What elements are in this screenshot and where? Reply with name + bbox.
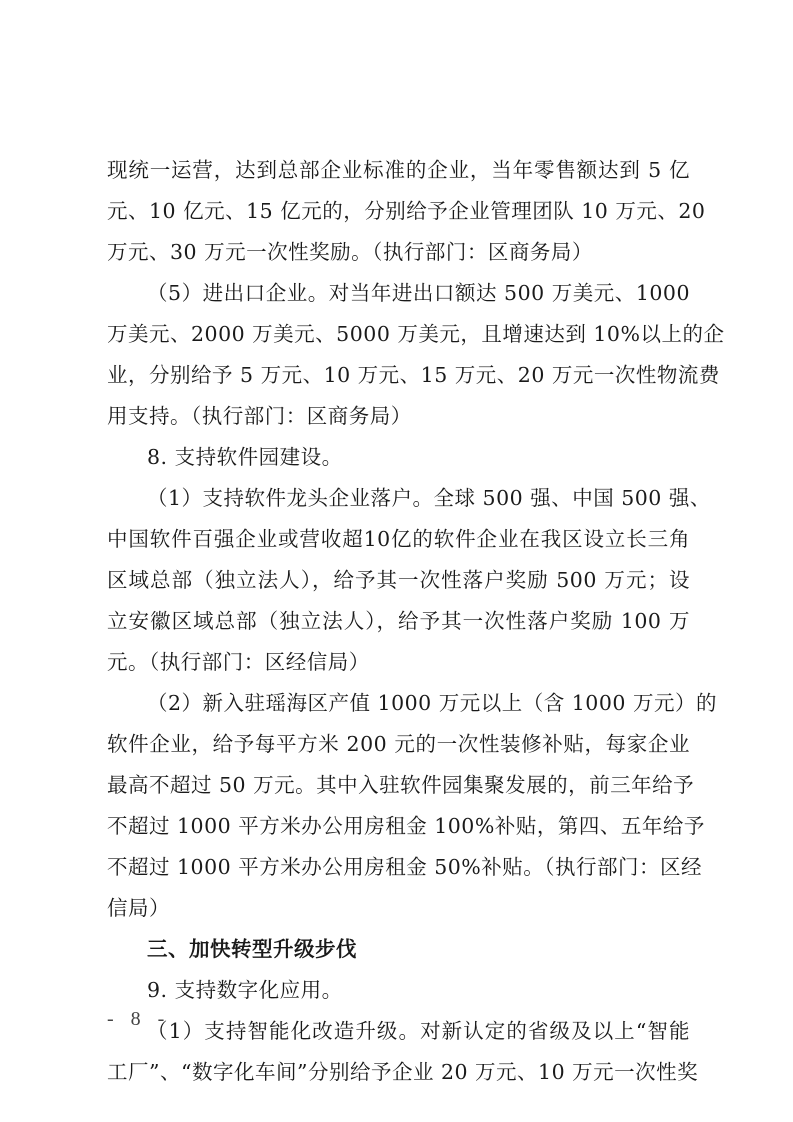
body-line: 元。（执行部门：区经信局） [107, 642, 690, 683]
body-line: 用支持。（执行部门：区商务局） [107, 396, 690, 437]
paragraph-start-line: （5）进出口企业。对当年进出口额达 500 万美元、1000 [107, 273, 690, 314]
paragraph-start-line: （2）新入驻瑶海区产值 1000 万元以上（含 1000 万元）的 [107, 683, 690, 724]
document-page: 现统一运营，达到总部企业标准的企业，当年零售额达到 5 亿 元、10 亿元、15… [107, 150, 690, 1093]
body-line: 万元、30 万元一次性奖励。（执行部门：区商务局） [107, 232, 690, 273]
body-line: 工厂”、“数字化车间”分别给予企业 20 万元、10 万元一次性奖 [107, 1052, 690, 1093]
body-line: 元、10 亿元、15 亿元的，分别给予企业管理团队 10 万元、20 [107, 191, 690, 232]
body-line: 区域总部（独立法人），给予其一次性落户奖励 500 万元；设 [107, 560, 690, 601]
section-item-heading: 8. 支持软件园建设。 [107, 437, 690, 478]
body-line: 业，分别给予 5 万元、10 万元、15 万元、20 万元一次性物流费 [107, 355, 690, 396]
body-line: 万美元、2000 万美元、5000 万美元，且增速达到 10%以上的企 [107, 314, 690, 355]
body-line: 软件企业，给予每平方米 200 元的一次性装修补贴，每家企业 [107, 724, 690, 765]
paragraph-start-line: （1）支持软件龙头企业落户。全球 500 强、中国 500 强、 [107, 478, 690, 519]
section-heading: 三、加快转型升级步伐 [107, 929, 690, 970]
paragraph-start-line: （1）支持智能化改造升级。对新认定的省级及以上“智能 [107, 1011, 690, 1052]
body-line: 立安徽区域总部（独立法人），给予其一次性落户奖励 100 万 [107, 601, 690, 642]
body-line: 现统一运营，达到总部企业标准的企业，当年零售额达到 5 亿 [107, 150, 690, 191]
body-line: 不超过 1000 平方米办公用房租金 50%补贴。（执行部门：区经 [107, 847, 690, 888]
body-line: 中国软件百强企业或营收超10亿的软件企业在我区设立长三角 [107, 519, 690, 560]
body-line: 最高不超过 50 万元。其中入驻软件园集聚发展的，前三年给予 [107, 765, 690, 806]
body-line: 信局） [107, 888, 690, 929]
page-number: - 8 - [107, 1008, 170, 1031]
body-line: 不超过 1000 平方米办公用房租金 100%补贴，第四、五年给予 [107, 806, 690, 847]
section-item-heading: 9. 支持数字化应用。 [107, 970, 690, 1011]
